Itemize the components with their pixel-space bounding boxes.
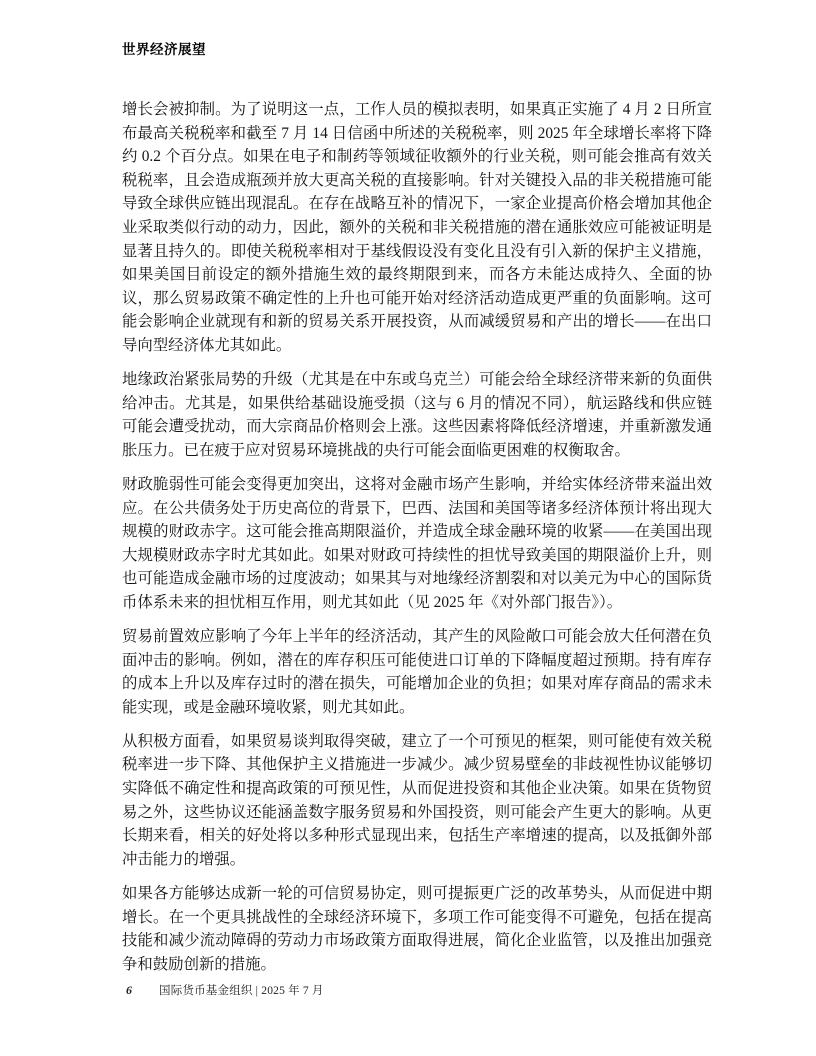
- body-text: 增长会被抑制。为了说明这一点，工作人员的模拟表明，如果真正实施了 4 月 2 日…: [122, 98, 712, 976]
- body-paragraph: 地缘政治紧张局势的升级（尤其是在中东或乌克兰）可能会给全球经济带来新的负面供给冲…: [122, 368, 712, 462]
- body-paragraph: 从积极方面看，如果贸易谈判取得突破，建立了一个可预见的框架，则可能使有效关税税率…: [122, 730, 712, 872]
- body-paragraph: 贸易前置效应影响了今年上半年的经济活动，其产生的风险敞口可能会放大任何潜在负面冲…: [122, 625, 712, 719]
- page-number: 6: [126, 983, 132, 998]
- page-footer: 6 国际货币基金组织 | 2025 年 7 月: [126, 982, 324, 998]
- running-header: 世界经济展望: [122, 38, 712, 58]
- footer-publisher: 国际货币基金组织 | 2025 年 7 月: [159, 982, 324, 998]
- body-paragraph: 增长会被抑制。为了说明这一点，工作人员的模拟表明，如果真正实施了 4 月 2 日…: [122, 98, 712, 358]
- body-paragraph: 财政脆弱性可能会变得更加突出，这将对金融市场产生影响，并给实体经济带来溢出效应。…: [122, 473, 712, 615]
- document-page: 世界经济展望 增长会被抑制。为了说明这一点，工作人员的模拟表明，如果真正实施了 …: [0, 0, 816, 1056]
- body-paragraph: 如果各方能够达成新一轮的可信贸易协定，则可提振更广泛的改革势头，从而促进中期增长…: [122, 882, 712, 976]
